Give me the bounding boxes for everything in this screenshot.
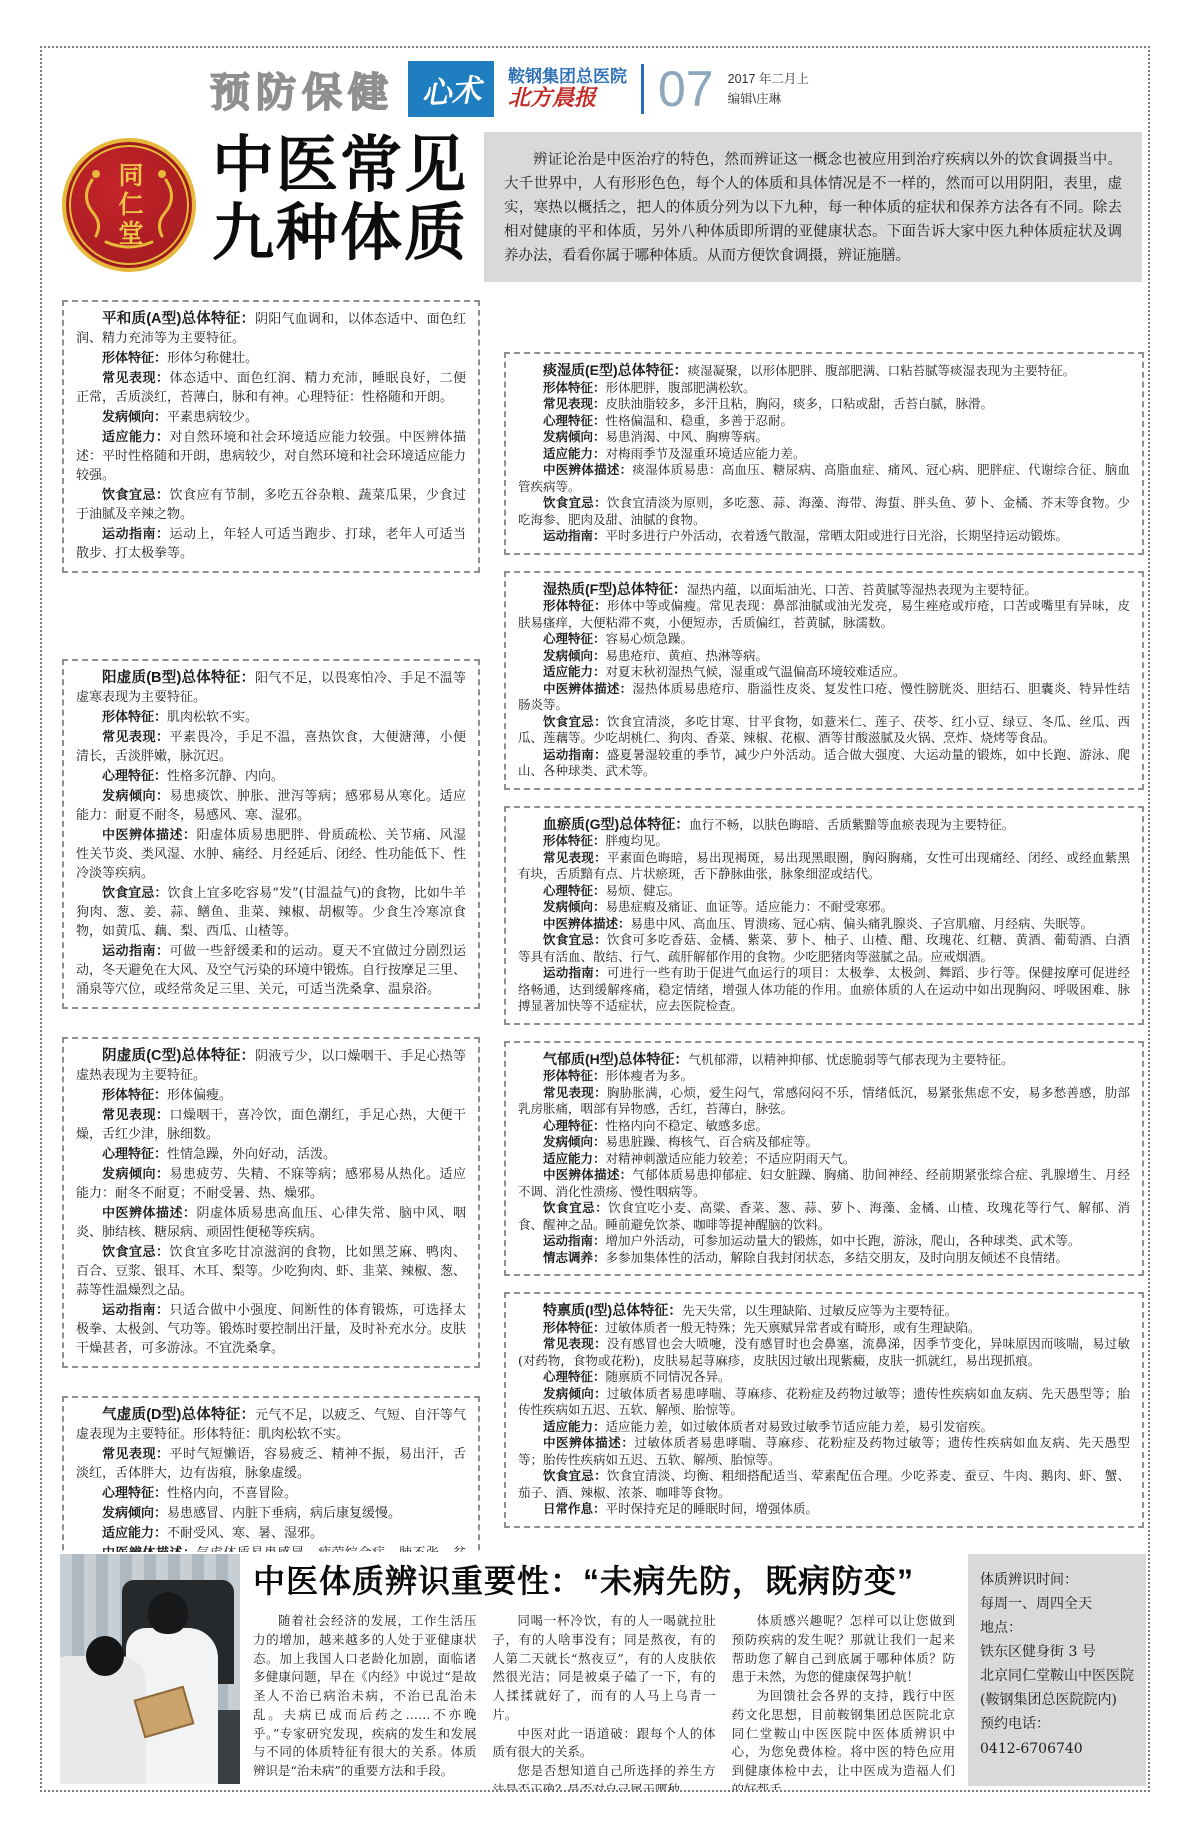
article-column: 体质感兴趣呢？怎样可以让您做到预防疾病的发生呢？那就让我们一起来帮助您了解自己到… [732,1612,955,1792]
box-paragraph: 血瘀质(G型)总体特征：血行不畅，以肤色晦暗、舌质紫黯等血瘀表现为主要特征。 [518,816,1130,834]
box-paragraph: 中医辨体描述：易患中风、高血压、胃溃疡、冠心病、偏头痛乳腺炎、子宫肌瘤、月经病、… [518,916,1130,933]
box-paragraph: 运动指南：盛夏暑湿较重的季节，减少户外活动。适合做大强度、大运动量的锻炼，如中长… [518,747,1130,780]
paragraph-label: 情志调养： [543,1251,606,1265]
article-title: 中医体质辨识重要性：“未病先防，既病防变” [253,1556,955,1602]
newspaper-name: 北方晨报 [508,86,627,111]
paragraph-text: 过敏体质者易患哮喘、荨麻疹、花粉症及药物过敏等；遗传性疾病如血友病、先天愚型等；… [518,1386,1130,1418]
paragraph-text: 适应能力差，如过敏体质者对易致过敏季节适应能力差，易引发宿疾。 [606,1419,994,1434]
paragraph-label: 痰湿质(E型)总体特征： [543,362,688,378]
box-paragraph: 气虚质(D型)总体特征：元气不足，以疲乏、气短、自汗等气虚表现为主要特征。形体特… [76,1406,466,1444]
paragraph-text: 性格内向，不喜冒险。 [167,1486,297,1501]
paragraph-text: 性格偏温和、稳重，多善于忍耐。 [606,413,794,428]
paragraph-label: 形体特征： [543,381,606,395]
box-paragraph: 饮食宜忌：饮食宜清淡为原则，多吃葱、蒜、海藻、海带、海蜇、胖头鱼、萝卜、金橘、芥… [518,495,1130,528]
paragraph-text: 易患感冒、内脏下垂病，病后康复缓慢。 [167,1506,401,1521]
paragraph-label: 发病倾向： [543,1135,606,1149]
paragraph-label: 心理特征： [543,414,606,428]
paragraph-text: 对夏末秋初湿热气候，湿重或气温偏高环境较难适应。 [606,664,906,679]
paragraph-label: 运动指南： [102,943,170,958]
left-column: 平和质(A型)总体特征：阴阳气血调和，以体态适中、面色红润、精力充沛等为主要特征… [62,300,480,1552]
constitution-box-G: 血瘀质(G型)总体特征：血行不畅，以肤色晦暗、舌质紫黯等血瘀表现为主要特征。形体… [504,806,1144,1025]
paragraph-text: 皮肤油脂较多，多汗且粘，胸闷，痰多，口粘或甜，舌苔白腻，脉滑。 [606,396,994,411]
box-paragraph: 饮食宜忌：饮食应有节制，多吃五谷杂粮、蔬菜瓜果，少食过于油腻及辛辣之物。 [76,485,466,524]
paragraph-label: 常见表现： [102,729,170,744]
paragraph-label: 特禀质(I型)总体特征： [543,1302,682,1318]
constitution-box-A: 平和质(A型)总体特征：阴阳气血调和，以体态适中、面色红润、精力充沛等为主要特征… [62,300,480,573]
box-paragraph: 心理特征：随禀质不同情况各异。 [518,1369,1130,1386]
paragraph-label: 中医辨体描述： [543,682,632,696]
xinshu-logo: 心术 [408,61,494,117]
photo-doctor-head [148,1592,188,1634]
box-paragraph: 痰湿质(E型)总体特征：痰湿凝聚，以形体肥胖、腹部肥满、口粘苔腻等痰湿表现为主要… [518,362,1130,380]
box-paragraph: 中医辨体描述：阴虚体质易患高血压、心律失常、脑中风、咽炎、肺结核、糖尿病、顽固性… [76,1203,466,1242]
header-divider [641,64,644,114]
paragraph-text: 饮食宜清淡、均衡、粗细搭配适当、荤素配伍合理。少吃荞麦、蚕豆、牛肉、鹅肉、虾、蟹… [518,1468,1130,1500]
box-paragraph: 发病倾向：易患痰饮、肿胀、泄泻等病；感邪易从寒化。适应能力：耐夏不耐冬，易感风、… [76,786,466,825]
box-paragraph: 形体特征：形体肥胖，腹部肥满松软。 [518,380,1130,397]
xinshu-logo-text: 心术 [420,65,483,113]
paragraph-label: 心理特征： [102,1146,167,1161]
box-paragraph: 饮食宜忌：饮食可多吃香菇、金橘、紫菜、萝卜、柚子、山楂、醋、玫瑰花、红糖、黄酒、… [518,932,1130,965]
box-paragraph: 湿热质(F型)总体特征：湿热内蕴，以面垢油光、口苦、苔黄腻等湿热表现为主要特征。 [518,581,1130,599]
paragraph-label: 运动指南： [102,1302,170,1317]
consultation-photo [60,1554,240,1784]
box-paragraph: 形体特征：形体偏瘦。 [76,1085,466,1105]
box-paragraph: 心理特征：性格内向，不喜冒险。 [76,1483,466,1503]
paragraph-text: 平时保持充足的睡眠时间，增强体质。 [606,1501,819,1516]
box-paragraph: 常见表现：没有感冒也会大喷嚏，没有感冒时也会鼻塞，流鼻涕，因季节变化，异味原因而… [518,1336,1130,1369]
box-paragraph: 心理特征：易烦、健忘。 [518,883,1130,900]
paragraph-text: 形体中等或偏瘦。常见表现：鼻部油腻或油光发亮，易生痤疮或疖疮，口苦或嘴里有异味，… [518,598,1130,630]
article-column: 同喝一杯冷饮，有的人一喝就拉肚子，有的人啥事没有；同是熬夜，有的人第二天就长“熬… [492,1612,715,1792]
paragraph-text: 饮食宜清淡，多吃甘寒、甘平食物，如薏米仁、莲子、茯苓、红小豆、绿豆、冬瓜、丝瓜、… [518,714,1130,746]
paragraph-text: 肌肉松软不实。 [167,710,258,725]
paragraph-label: 阴虚质(C型)总体特征： [102,1048,255,1064]
sidebar-line: 每周一、周四全天 [980,1592,1134,1616]
paragraph-label: 发病倾向： [102,1166,170,1181]
paragraph-text: 易患症瘕及痛证、血证等。适应能力：不耐受寒邪。 [606,899,894,914]
page-header: 预防保健 心术 鞍钢集团总医院 北方晨报 07 2017 年二月上 编辑\庄琳 [210,56,1138,122]
paragraph-label: 饮食宜忌： [102,885,167,900]
box-paragraph: 形体特征：形体中等或偏瘦。常见表现：鼻部油腻或油光发亮，易生痤疮或疖疮，口苦或嘴… [518,598,1130,631]
paragraph-label: 发病倾向： [102,1505,167,1520]
box-paragraph: 运动指南：只适合做中小强度、间断性的体育锻炼，可选择太极拳、太极剑、气功等。锻炼… [76,1300,466,1358]
paragraph-label: 发病倾向： [543,900,606,914]
article-paragraph: 为回馈社会各界的支持，践行中医药文化思想，目前鞍钢集团总医院北京同仁堂鞍山中医医… [732,1687,955,1792]
box-paragraph: 运动指南：可做一些舒缓柔和的运动。夏天不宜做过分剧烈运动，冬天避免在大风、及空气… [76,941,466,999]
box-paragraph: 气郁质(H型)总体特征：气机郁滞，以精神抑郁、忧虑脆弱等气郁表现为主要特征。 [518,1051,1130,1069]
paragraph-text: 盛夏暑湿较重的季节，减少户外活动。适合做大强度、大运动量的锻炼，如中长跑、游泳、… [518,747,1130,779]
sidebar-line: (鞍钢集团总医院院内) [980,1688,1134,1712]
paragraph-label: 心理特征： [102,768,167,783]
box-paragraph: 饮食宜忌：饮食宜清淡、均衡、粗细搭配适当、荤素配伍合理。少吃荞麦、蚕豆、牛肉、鹅… [518,1468,1130,1501]
paragraph-label: 中医辨体描述： [543,1436,634,1450]
paragraph-label: 运动指南： [543,966,607,980]
paragraph-label: 常见表现： [543,397,606,411]
box-paragraph: 中医辨体描述：气郁体质易患抑郁症、妇女脏躁、胸痛、肋间神经、经前期紧张综合症、乳… [518,1167,1130,1200]
box-paragraph: 阴虚质(C型)总体特征：阴液亏少，以口燥咽干、手足心热等虚热表现为主要特征。 [76,1047,466,1085]
box-paragraph: 常见表现：口燥咽干，喜冷饮，面色潮红，手足心热，大便干燥，舌红少津，脉细数。 [76,1105,466,1144]
paragraph-text: 容易心烦急躁。 [606,631,694,646]
paragraph-text: 平素患病较少。 [167,410,258,425]
article-paragraph: 同喝一杯冷饮，有的人一喝就拉肚子，有的人啥事没有；同是熬夜，有的人第二天就长“熬… [492,1612,715,1725]
paragraph-label: 心理特征： [543,1370,606,1384]
brand-name: 同仁堂 [111,162,147,249]
paragraph-label: 形体特征： [543,1321,606,1335]
article-column: 随着社会经济的发展，工作生活压力的增加，越来越多的人处于亚健康状态。加上我国人口… [253,1612,476,1792]
photo-patient-head [86,1636,124,1676]
paragraph-text: 不耐受风、寒、暑、湿邪。 [167,1526,323,1541]
hospital-name: 鞍钢集团总医院 [508,67,627,87]
article-paragraph: 中医对此一语道破：跟每个人的体质有很大的关系。 [492,1725,715,1763]
box-paragraph: 中医辨体描述：过敏体质者易患哮喘、荨麻疹、花粉症及药物过敏等；遗传性疾病如血友病… [518,1435,1130,1468]
paragraph-text: 湿热内蕴，以面垢油光、口苦、苔黄腻等湿热表现为主要特征。 [687,582,1037,597]
paragraph-text: 血行不畅，以肤色晦暗、舌质紫黯等血瘀表现为主要特征。 [689,817,1014,832]
paragraph-text: 性格多沉静、内向。 [167,769,284,784]
box-paragraph: 运动指南：运动上，年轻人可适当跑步、打球，老年人可适当散步、打太极拳等。 [76,524,466,563]
box-paragraph: 常见表现：平素畏冷，手足不温，喜热饮食，大便溏薄，小便清长，舌淡胖嫩，脉沉迟。 [76,727,466,766]
sidebar-line: 地点： [980,1616,1134,1640]
paragraph-label: 适应能力： [543,1152,606,1166]
paragraph-label: 饮食宜忌： [543,1201,608,1215]
paragraph-label: 日常作息： [543,1502,606,1516]
box-paragraph: 适应能力：适应能力差，如过敏体质者对易致过敏季节适应能力差，易引发宿疾。 [518,1419,1130,1436]
box-paragraph: 常见表现：皮肤油脂较多，多汗且粘，胸闷，痰多，口粘或甜，舌苔白腻，脉滑。 [518,396,1130,413]
box-paragraph: 心理特征：容易心烦急躁。 [518,631,1130,648]
paragraph-label: 中医辨体描述： [543,917,631,931]
box-paragraph: 发病倾向：易患脏躁、梅核气、百合病及郁症等。 [518,1134,1130,1151]
paragraph-label: 发病倾向： [543,430,606,444]
paragraph-label: 心理特征： [102,1485,167,1500]
paragraph-text: 饮食宜清淡为原则，多吃葱、蒜、海藻、海带、海蜇、胖头鱼、萝卜、金橘、芥末等食物。… [518,495,1130,527]
paragraph-label: 形体特征： [543,599,607,613]
paragraph-text: 性情急躁，外向好动，活泼。 [167,1147,336,1162]
right-column: 痰湿质(E型)总体特征：痰湿凝聚，以形体肥胖、腹部肥满、口粘苔腻等痰湿表现为主要… [504,352,1144,1552]
box-paragraph: 运动指南：增加户外活动，可参加运动量大的锻炼，如中长跑，游泳，爬山，各种球类、武… [518,1233,1130,1250]
intro-paragraph: 辨证论治是中医治疗的特色，然而辨证这一概念也被应用到治疗疾病以外的饮食调摄当中。… [484,132,1142,282]
editor-credit: 编辑\庄琳 [728,89,809,109]
box-paragraph: 发病倾向：过敏体质者易患哮喘、荨麻疹、花粉症及药物过敏等；遗传性疾病如血友病、先… [518,1386,1130,1419]
paragraph-label: 心理特征： [543,632,606,646]
paragraph-label: 饮食宜忌： [102,1244,170,1259]
box-paragraph: 常见表现：平时气短懒语，容易疲乏、精神不振，易出汗，舌淡红，舌体胖大，边有齿痕，… [76,1444,466,1483]
box-paragraph: 形体特征：形体瘦者为多。 [518,1068,1130,1085]
paragraph-text: 气机郁滞，以精神抑郁、忧虑脆弱等气郁表现为主要特征。 [688,1052,1013,1067]
paragraph-label: 中医辨体描述： [102,1545,197,1552]
constitution-box-I: 特禀质(I型)总体特征：先天失常，以生理缺陷、过敏反应等为主要特征。形体特征：过… [504,1292,1144,1528]
box-paragraph: 运动指南：可进行一些有助于促进气血运行的项目：太极拳、太极剑、舞蹈、步行等。保健… [518,965,1130,1015]
paragraph-text: 形体肥胖，腹部肥满松软。 [606,380,756,395]
paragraph-label: 中医辨体描述： [102,827,197,842]
paragraph-text: 多参加集体性的活动，解除自我封闭状态，多结交朋友，及时向朋友倾述不良情绪。 [606,1250,1069,1265]
paragraph-text: 增加户外活动，可参加运动量大的锻炼，如中长跑，游泳，爬山，各种球类、武术等。 [606,1233,1081,1248]
masthead: 同仁堂 中医常见九种体质 辨证论治是中医治疗的特色，然而辨证这一概念也被应用到治… [62,132,1142,288]
box-paragraph: 日常作息：平时保持充足的睡眠时间，增强体质。 [518,1501,1130,1518]
box-paragraph: 中医辨体描述：湿热体质易患疮疖、脂溢性皮炎、复发性口疮、慢性膀胱炎、胆结石、胆囊… [518,681,1130,714]
paragraph-label: 常见表现： [543,1086,607,1100]
paragraph-label: 气虚质(D型)总体特征： [102,1407,255,1423]
paragraph-text: 痰湿凝聚，以形体肥胖、腹部肥满、口粘苔腻等痰湿表现为主要特征。 [688,363,1076,378]
constitution-box-C: 阴虚质(C型)总体特征：阴液亏少，以口燥咽干、手足心热等虚热表现为主要特征。形体… [62,1037,480,1368]
paragraph-label: 形体特征： [543,1069,606,1083]
paragraph-label: 发病倾向： [102,409,167,424]
paragraph-text: 随禀质不同情况各异。 [606,1369,731,1384]
paragraph-label: 饮食宜忌： [102,487,170,502]
paragraph-text: 饮食可多吃香菇、金橘、紫菜、萝卜、柚子、山楂、醋、玫瑰花、红糖、黄酒、葡萄酒、白… [518,932,1130,964]
box-paragraph: 心理特征：性情急躁，外向好动，活泼。 [76,1144,466,1164]
paragraph-label: 形体特征： [543,834,606,848]
box-paragraph: 发病倾向：易患感冒、内脏下垂病，病后康复缓慢。 [76,1503,466,1523]
paragraph-label: 饮食宜忌： [543,715,607,729]
paragraph-text: 易患中风、高血压、胃溃疡、冠心病、偏头痛乳腺炎、子宫肌瘤、月经病、失眠等。 [631,916,1094,931]
issue-info: 2017 年二月上 编辑\庄琳 [728,69,809,109]
paragraph-label: 饮食宜忌： [543,1469,607,1483]
paragraph-label: 运动指南： [102,526,170,541]
paragraph-text: 性格内向不稳定、敏感多虑。 [606,1118,769,1133]
article-columns: 随着社会经济的发展，工作生活压力的增加，越来越多的人处于亚健康状态。加上我国人口… [253,1612,955,1792]
paragraph-label: 平和质(A型)总体特征： [102,311,255,327]
paragraph-text: 易烦、健忘。 [606,883,681,898]
box-paragraph: 发病倾向：易患疮疖、黄疸、热淋等病。 [518,648,1130,665]
box-paragraph: 心理特征：性格多沉静、内向。 [76,766,466,786]
paragraph-label: 血瘀质(G型)总体特征： [543,816,689,832]
box-paragraph: 形体特征：形体匀称健壮。 [76,348,466,368]
paragraph-label: 心理特征： [543,1119,606,1133]
box-paragraph: 形体特征：过敏体质者一般无特殊；先天禀赋异常者或有畸形，或有生理缺陷。 [518,1320,1130,1337]
box-paragraph: 中医辨体描述：痰湿体质易患：高血压、糖尿病、高脂血症、痛风、冠心病、肥胖症、代谢… [518,462,1130,495]
paragraph-label: 形体特征： [102,709,167,724]
paragraph-label: 饮食宜忌： [543,496,607,510]
paragraph-label: 形体特征： [102,350,167,365]
constitution-box-D: 气虚质(D型)总体特征：元气不足，以疲乏、气短、自汗等气虚表现为主要特征。形体特… [62,1396,480,1552]
article-paragraph: 您是否想知道自己所选择的养生方法是否正确？是否对自己属于哪种 [492,1762,715,1792]
paragraph-text: 平素面色晦暗，易出现褐斑，易出现黑眼圈，胸闷胸痛，女性可出现痛经、闭经、或经血紫… [518,850,1130,882]
paragraph-text: 形体偏瘦。 [167,1088,232,1103]
box-paragraph: 情志调养：多参加集体性的活动，解除自我封闭状态，多结交朋友，及时向朋友倾述不良情… [518,1250,1130,1267]
bottom-article-section: 中医体质辨识重要性：“未病先防，既病防变” 随着社会经济的发展，工作生活压力的增… [60,1554,1146,1786]
page-number: 07 [658,64,714,114]
box-paragraph: 运动指南：平时多进行户外活动，衣着透气散湿，常晒太阳或进行日光浴，长期坚持运动锻… [518,528,1130,545]
paragraph-label: 适应能力： [543,665,606,679]
feature-article: 中医体质辨识重要性：“未病先防，既病防变” 随着社会经济的发展，工作生活压力的增… [253,1554,955,1786]
paragraph-text: 胖瘦均见。 [606,833,669,848]
paragraph-label: 适应能力： [543,447,606,461]
sidebar-line: 铁东区健身街 3 号 [980,1640,1134,1664]
box-paragraph: 发病倾向：易患症瘕及痛证、血证等。适应能力：不耐受寒邪。 [518,899,1130,916]
sidebar-line: 预约电话： [980,1712,1134,1736]
booking-info-sidebar: 体质辨识时间：每周一、周四全天地点：铁东区健身街 3 号北京同仁堂鞍山中医医院(… [968,1554,1146,1786]
paragraph-text: 可进行一些有助于促进气血运行的项目：太极拳、太极剑、舞蹈、步行等。保健按摩可促进… [518,965,1130,1013]
paragraph-label: 常见表现： [102,1107,170,1122]
box-paragraph: 饮食宜忌：饮食上宜多吃容易“发”(甘温益气)的食物，比如牛羊狗肉、葱、姜、蒜、鳝… [76,883,466,941]
box-paragraph: 发病倾向：易患疲劳、失精、不寐等病；感邪易从热化。适应能力：耐冬不耐夏；不耐受暑… [76,1164,466,1203]
constitution-box-E: 痰湿质(E型)总体特征：痰湿凝聚，以形体肥胖、腹部肥满、口粘苔腻等痰湿表现为主要… [504,352,1144,555]
box-paragraph: 心理特征：性格内向不稳定、敏感多虑。 [518,1118,1130,1135]
article-paragraph: 随着社会经济的发展，工作生活压力的增加，越来越多的人处于亚健康状态。加上我国人口… [253,1612,476,1781]
paragraph-label: 阳虚质(B型)总体特征： [102,670,255,686]
box-paragraph: 形体特征：肌肉松软不实。 [76,707,466,727]
section-title: 预防保健 [210,61,394,118]
paragraph-text: 对精神刺激适应能力较差；不适应阴雨天气。 [606,1151,856,1166]
box-paragraph: 发病倾向：平素患病较少。 [76,407,466,427]
paragraph-label: 中医辨体描述： [543,463,632,477]
box-paragraph: 适应能力：对梅雨季节及湿重环境适应能力差。 [518,446,1130,463]
paragraph-text: 形体瘦者为多。 [606,1068,694,1083]
paragraph-text: 易患脏躁、梅核气、百合病及郁症等。 [606,1134,819,1149]
paragraph-label: 发病倾向： [102,788,170,803]
paragraph-label: 心理特征： [543,884,606,898]
box-paragraph: 特禀质(I型)总体特征：先天失常，以生理缺陷、过敏反应等为主要特征。 [518,1302,1130,1320]
paragraph-label: 运动指南： [543,748,607,762]
brand-block: 鞍钢集团总医院 北方晨报 [508,67,627,112]
box-paragraph: 饮食宜忌：饮食宜吃小麦、高粱、香菜、葱、蒜、萝卜、海藻、金橘、山楂、玫瑰花等行气… [518,1200,1130,1233]
paragraph-label: 运动指南： [543,1234,606,1248]
box-paragraph: 中医辨体描述：气虚体质易患感冒、疲劳综合症、肺不张、贫血、营养不良、重症肌无力、… [76,1543,466,1552]
paragraph-text: 先天失常，以生理缺陷、过敏反应等为主要特征。 [682,1303,957,1318]
paragraph-text: 没有感冒也会大喷嚏，没有感冒时也会鼻塞，流鼻涕，因季节变化，异味原因而咳喘，易过… [518,1336,1130,1368]
paragraph-label: 适应能力： [102,1525,167,1540]
box-paragraph: 心理特征：性格偏温和、稳重，多善于忍耐。 [518,413,1130,430]
paragraph-label: 适应能力： [102,429,170,444]
box-paragraph: 中医辨体描述：阳虚体质易患肥胖、骨质疏松、关节痛、风湿性关节炎、类风湿、水肿、痛… [76,825,466,883]
newspaper-page: 预防保健 心术 鞍钢集团总医院 北方晨报 07 2017 年二月上 编辑\庄琳 … [40,46,1150,1792]
box-paragraph: 饮食宜忌：饮食宜清淡，多吃甘寒、甘平食物，如薏米仁、莲子、茯苓、红小豆、绿豆、冬… [518,714,1130,747]
box-paragraph: 常见表现：平素面色晦暗，易出现褐斑，易出现黑眼圈，胸闷胸痛，女性可出现痛经、闭经… [518,850,1130,883]
paragraph-text: 过敏体质者一般无特殊；先天禀赋异常者或有畸形，或有生理缺陷。 [606,1320,981,1335]
constitution-box-F: 湿热质(F型)总体特征：湿热内蕴，以面垢油光、口苦、苔黄腻等湿热表现为主要特征。… [504,571,1144,790]
title-line-2: 九种体质 [212,199,468,268]
box-paragraph: 发病倾向：易患消渴、中风、胸痹等病。 [518,429,1130,446]
paragraph-label: 常见表现： [543,1337,607,1351]
article-paragraph: 体质感兴趣呢？怎样可以让您做到预防疾病的发生呢？那就让我们一起来帮助您了解自己到… [732,1612,955,1687]
paragraph-label: 饮食宜忌： [543,933,607,947]
box-paragraph: 常见表现：胸胁胀满，心烦，爱生闷气，常感闷闷不乐，情绪低沉，易紧张焦虑不安，易多… [518,1085,1130,1118]
paragraph-text: 形体匀称健壮。 [167,351,258,366]
tongrentang-seal: 同仁堂 [62,138,196,272]
paragraph-text: 饮食宜吃小麦、高粱、香菜、葱、蒜、萝卜、海藻、金橘、山楂、玫瑰花等行气、解郁、消… [518,1200,1130,1232]
page-title: 中医常见九种体质 [212,132,468,268]
paragraph-text: 平时多进行户外活动，衣着透气散湿，常晒太阳或进行日光浴，长期坚持运动锻炼。 [606,528,1069,543]
paragraph-label: 气郁质(H型)总体特征： [543,1051,688,1067]
paragraph-label: 常见表现： [102,1446,170,1461]
paragraph-label: 发病倾向： [543,1387,607,1401]
box-paragraph: 适应能力：对自然环境和社会环境适应能力较强。中医辨体描述：平时性格随和开朗，患病… [76,427,466,485]
paragraph-text: 胸胁胀满，心烦，爱生闷气，常感闷闷不乐，情绪低沉，易紧张焦虑不安，易多愁善感，肋… [518,1085,1130,1117]
box-paragraph: 平和质(A型)总体特征：阴阳气血调和，以体态适中、面色红润、精力充沛等为主要特征… [76,310,466,348]
title-line-1: 中医常见 [212,131,468,200]
paragraph-text: 对梅雨季节及湿重环境适应能力差。 [606,446,806,461]
box-paragraph: 形体特征：胖瘦均见。 [518,833,1130,850]
constitution-section: 平和质(A型)总体特征：阴阳气血调和，以体态适中、面色红润、精力充沛等为主要特征… [62,300,1144,1552]
paragraph-label: 中医辨体描述： [543,1168,632,1182]
issue-date: 2017 年二月上 [728,69,809,89]
paragraph-label: 适应能力： [543,1420,606,1434]
paragraph-label: 湿热质(F型)总体特征： [543,581,687,597]
box-paragraph: 适应能力：对精神刺激适应能力较差；不适应阴雨天气。 [518,1151,1130,1168]
box-paragraph: 阳虚质(B型)总体特征：阳气不足，以畏寒怕冷、手足不温等虚寒表现为主要特征。 [76,669,466,707]
paragraph-label: 常见表现： [543,851,607,865]
box-paragraph: 饮食宜忌：饮食宜多吃甘凉滋润的食物，比如黑芝麻、鸭肉、百合、豆浆、银耳、木耳、梨… [76,1242,466,1300]
box-paragraph: 适应能力：对夏末秋初湿热气候，湿重或气温偏高环境较难适应。 [518,664,1130,681]
constitution-box-H: 气郁质(H型)总体特征：气机郁滞，以精神抑郁、忧虑脆弱等气郁表现为主要特征。形体… [504,1041,1144,1277]
paragraph-label: 常见表现： [102,370,170,385]
constitution-box-B: 阳虚质(B型)总体特征：阳气不足，以畏寒怕冷、手足不温等虚寒表现为主要特征。形体… [62,659,480,1009]
paragraph-text: 易患消渴、中风、胸痹等病。 [606,429,769,444]
box-paragraph: 适应能力：不耐受风、寒、暑、湿邪。 [76,1523,466,1543]
paragraph-text: 易患疮疖、黄疸、热淋等病。 [606,648,769,663]
paragraph-label: 运动指南： [543,529,606,543]
paragraph-label: 发病倾向： [543,649,606,663]
paragraph-label: 形体特征： [102,1087,167,1102]
paragraph-label: 中医辨体描述： [102,1205,197,1220]
box-paragraph: 常见表现：体态适中、面色红润、精力充沛，睡眠良好，二便正常，舌质淡红，苔薄白，脉… [76,368,466,407]
sidebar-line: 0412-6706740 [980,1737,1134,1761]
sidebar-line: 北京同仁堂鞍山中医医院 [980,1664,1134,1688]
sidebar-line: 体质辨识时间： [980,1568,1134,1592]
